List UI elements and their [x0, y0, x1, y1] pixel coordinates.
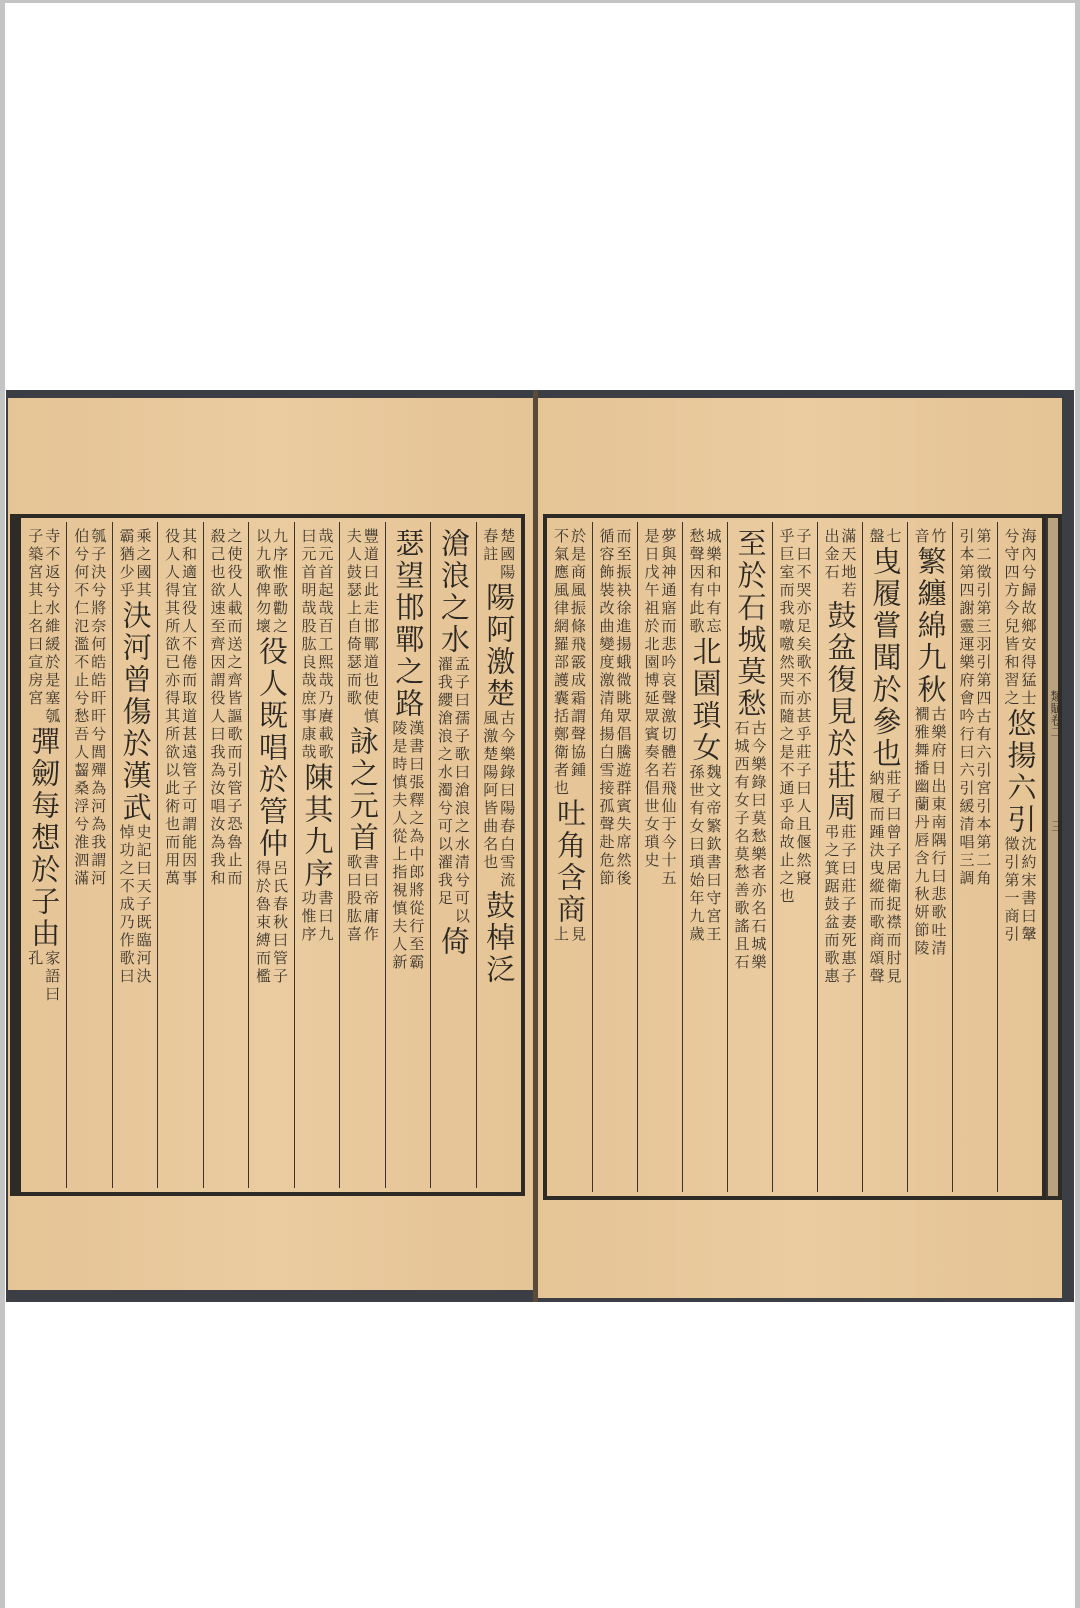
annotation-double-line: 哉元首起哉百工熙哉乃賡載歌曰元首明哉股肱良哉庶事康哉 — [300, 528, 333, 762]
book-gutter — [533, 390, 538, 1302]
main-text: 鼓盆復見於莊周 — [826, 600, 855, 824]
annotation-line: 石城西有女子名莫愁善歌謠且石 — [734, 720, 750, 972]
annotation-double-line: 史記曰天子既臨河決悼功之不成乃作歌曰 — [119, 824, 152, 986]
text-column: 寺不返兮水維緩於是塞瓠子築宮其上名曰宣房宮彈劒每想於子由家語曰孔 — [21, 522, 66, 1188]
annotation-line: 家語曰 — [44, 950, 60, 1004]
annotation-double-line: 古樂府日出東南隅行曰悲歌吐清襉雅舞播幽蘭丹唇含九秋妍節陵 — [914, 706, 947, 958]
annotation-line: 寺不返兮水維緩於是塞瓠 — [44, 528, 60, 726]
annotation-double-line: 豐道曰此走邯鄲道也使慎夫人鼓瑟上自倚瑟而歌 — [346, 528, 379, 726]
annotation-line: 九序惟歌勸之 — [272, 528, 288, 636]
annotation-line: 引本第四謝靈運樂府會 — [959, 528, 975, 708]
text-column: 第二徵引第三羽引第四引本第四謝靈運樂府會古有六引宮引本第二角吟行曰六引緩清唱三調 — [952, 522, 997, 1192]
annotation-line: 出金石 — [824, 528, 840, 600]
annotation-line: 古今樂錄曰陽春白雪流 — [499, 710, 515, 890]
annotation-line: 子築宮其上名曰宣房宮 — [27, 528, 43, 726]
text-column: 哉元首起哉百工熙哉乃賡載歌曰元首明哉股肱良哉庶事康哉陳其九序書曰九功惟序 — [294, 522, 339, 1188]
annotation-double-line: 古今樂錄曰莫愁樂者亦名石城樂石城西有女子名莫愁善歌謠且石 — [734, 720, 767, 972]
left-page-text-frame: 楚國陽春註陽阿激楚古今樂錄曰陽春白雪流風激楚陽阿皆曲名也鼓棹泛滄浪之水孟子曰孺子… — [17, 514, 525, 1196]
annotation-line: 滿天地若 — [841, 528, 857, 600]
text-column: 滄浪之水孟子曰孺子歌曰滄浪之水清兮可以濯我纓滄浪之水濁兮可以濯我足倚 — [430, 522, 475, 1188]
text-column: 豐道曰此走邯鄲道也使慎夫人鼓瑟上自倚瑟而歌詠之元首書曰帝庸作歌曰股肱喜 — [339, 522, 384, 1188]
annotation-line: 乘之國其 — [136, 528, 152, 600]
main-text: 鼓棹泛 — [484, 890, 513, 986]
annotation-line: 兮守四方今兒皆和習之 — [1004, 528, 1020, 708]
annotation-line: 伯兮何不仁氾濫不止兮愁吾人齧桑浮兮淮泗滿 — [73, 528, 89, 888]
annotation-double-line: 滿天地若出金石 — [824, 528, 857, 600]
text-column: 子曰不哭亦足矣歌不亦甚乎莊子曰人且偃然寢乎巨室而我噭噭然哭而隨之是不通乎命故止之… — [772, 522, 817, 1192]
annotation-double-line: 瓠子決兮將奈何皓皓旰旰兮閭殫為河為我謂河伯兮何不仁氾濫不止兮愁吾人齧桑浮兮淮泗滿 — [73, 528, 106, 888]
annotation-double-line: 沈約宋書曰鞶徵引第一商引 — [1004, 836, 1037, 944]
annotation-double-line: 之使役人載而送之齊皆謳歌而引管子恐魯止而殺己也欲速至齊因謂役人曰我為汝唱汝為我和 — [210, 528, 243, 888]
left-page-columns: 楚國陽春註陽阿激楚古今樂錄曰陽春白雪流風激楚陽阿皆曲名也鼓棹泛滄浪之水孟子曰孺子… — [21, 522, 521, 1188]
annotation-line: 濯我纓滄浪之水濁兮可以濯我足 — [437, 656, 453, 926]
annotation-line: 城樂和中有忘 — [706, 528, 722, 636]
annotation-line: 春註 — [482, 528, 498, 582]
viewer-left-edge — [0, 0, 5, 1608]
text-column: 竹音繁纏綿九秋古樂府日出東南隅行曰悲歌吐清襉雅舞播幽蘭丹唇含九秋妍節陵 — [907, 522, 952, 1192]
annotation-double-line: 其和適宜役人不倦而取道甚遠管子可謂能因事役人人得其所欲已亦得其所欲以此術也而用萬 — [164, 528, 197, 888]
annotation-double-line: 楚國陽春註 — [482, 528, 515, 582]
annotation-line: 見 — [570, 926, 586, 944]
annotation-line: 襉雅舞播幽蘭丹唇含九秋妍節陵 — [914, 706, 930, 958]
annotation-line: 上 — [553, 926, 569, 944]
annotation-double-line: 於是商風振條飛霰成霜謂聲協鍾不氣應風律網羅部護囊括鄭衛者也 — [553, 528, 586, 798]
annotation-line: 竹 — [931, 528, 947, 546]
main-text: 瑟望邯鄲之路 — [393, 528, 422, 720]
annotation-line: 古今樂錄曰莫愁樂者亦名石城樂 — [751, 720, 767, 972]
annotation-double-line: 見上 — [553, 926, 586, 944]
annotation-line: 不氣應風律網羅部護囊括鄭衛者也 — [553, 528, 569, 798]
annotation-line: 功惟序 — [300, 890, 316, 944]
text-column: 而至振袂徐進揚蛾微眺眾倡騰遊群賓失席然後循容飾裝改曲變度激清角揚白雪接孤聲赴危節 — [592, 522, 637, 1192]
annotation-double-line: 寺不返兮水維緩於是塞瓠子築宮其上名曰宣房宮 — [27, 528, 60, 726]
annotation-line: 歌曰股肱喜 — [346, 854, 362, 944]
annotation-line: 哉元首起哉百工熙哉乃賡載歌 — [317, 528, 333, 762]
main-text: 滄浪之水 — [439, 528, 468, 656]
annotation-line: 子曰不哭亦足矣歌不亦甚乎莊子曰人且偃然寢 — [796, 528, 812, 906]
annotation-line: 霸猶少乎 — [119, 528, 135, 600]
annotation-line: 乎巨室而我噭噭然哭而隨之是不通乎命故止之也 — [779, 528, 795, 906]
annotation-line: 循容飾裝改曲變度激清角揚白雪接孤聲赴危節 — [599, 528, 615, 888]
annotation-line: 第二徵引第三羽引第四 — [976, 528, 992, 708]
annotation-double-line: 古有六引宮引本第二角吟行曰六引緩清唱三調 — [959, 708, 992, 888]
annotation-line: 以九歌俾勿壞 — [255, 528, 271, 636]
annotation-double-line: 莊子曰曾子居衛捉襟而肘見納履而踵決曳縱而歌商頌聲 — [869, 770, 902, 986]
annotation-line: 吟行曰六引緩清唱三調 — [959, 708, 975, 888]
annotation-double-line: 九序惟歌勸之以九歌俾勿壞 — [255, 528, 288, 636]
annotation-double-line: 海內兮歸故鄉安得猛士兮守四方今兒皆和習之 — [1004, 528, 1037, 708]
annotation-line: 漢書曰張釋之為中郎將從行至霸 — [408, 720, 424, 972]
text-column: 瑟望邯鄲之路漢書曰張釋之為中郎將從行至霸陵是時慎夫人從上指視慎夫人新 — [385, 522, 430, 1188]
annotation-line: 徵引第一商引 — [1004, 836, 1020, 944]
main-text: 繁纏綿九秋 — [916, 546, 945, 706]
text-column: 至於石城莫愁古今樂錄曰莫愁樂者亦名石城樂石城西有女子名莫愁善歌謠且石 — [727, 522, 772, 1192]
annotation-line: 古樂府日出東南隅行曰悲歌吐清 — [931, 706, 947, 958]
right-page-columns: 海內兮歸故鄉安得猛士兮守四方今兒皆和習之悠揚六引沈約宋書曰鞶徵引第一商引第二徵引… — [547, 522, 1042, 1192]
annotation-line: 孔 — [27, 950, 43, 1004]
annotation-line: 其和適宜役人不倦而取道甚遠管子可謂能因事 — [181, 528, 197, 888]
annotation-double-line: 魏文帝繁欽書曰守宮王孫世有女曰瑣始年九歲 — [689, 764, 722, 944]
main-text: 役人既唱於管仲 — [257, 636, 286, 860]
text-column: 海內兮歸故鄉安得猛士兮守四方今兒皆和習之悠揚六引沈約宋書曰鞶徵引第一商引 — [997, 522, 1042, 1192]
text-column: 其和適宜役人不倦而取道甚遠管子可謂能因事役人人得其所欲已亦得其所欲以此術也而用萬 — [157, 522, 202, 1188]
annotation-double-line: 第二徵引第三羽引第四引本第四謝靈運樂府會 — [959, 528, 992, 708]
text-column: 之使役人載而送之齊皆謳歌而引管子恐魯止而殺己也欲速至齊因謂役人曰我為汝唱汝為我和 — [203, 522, 248, 1188]
annotation-line: 海內兮歸故鄉安得猛士 — [1021, 528, 1037, 708]
annotation-double-line: 書曰九功惟序 — [300, 890, 333, 944]
annotation-double-line: 漢書曰張釋之為中郎將從行至霸陵是時慎夫人從上指視慎夫人新 — [391, 720, 424, 972]
annotation-double-line: 呂氏春秋曰管子得於魯束縛而檻 — [255, 860, 288, 986]
annotation-double-line: 古今樂錄曰陽春白雪流風激楚陽阿皆曲名也 — [482, 710, 515, 890]
annotation-double-line: 莊子曰莊子妻死惠子弔之箕踞鼓盆而歌惠 — [824, 824, 857, 986]
annotation-line: 孟子曰孺子歌曰滄浪之水清兮可以 — [454, 656, 470, 926]
main-text: 陽阿激楚 — [484, 582, 513, 710]
annotation-line: 役人人得其所欲已亦得其所欲以此術也而用萬 — [164, 528, 180, 888]
annotation-double-line: 孟子曰孺子歌曰滄浪之水清兮可以濯我纓滄浪之水濁兮可以濯我足 — [437, 656, 470, 926]
annotation-double-line: 乘之國其霸猶少乎 — [119, 528, 152, 600]
annotation-line: 盤 — [869, 528, 885, 546]
viewer-right-edge — [1075, 0, 1080, 1608]
right-page-text-frame: 海內兮歸故鄉安得猛士兮守四方今兒皆和習之悠揚六引沈約宋書曰鞶徵引第一商引第二徵引… — [543, 514, 1046, 1200]
annotation-double-line: 而至振袂徐進揚蛾微眺眾倡騰遊群賓失席然後循容飾裝改曲變度激清角揚白雪接孤聲赴危節 — [599, 528, 632, 888]
text-column: 楚國陽春註陽阿激楚古今樂錄曰陽春白雪流風激楚陽阿皆曲名也鼓棹泛 — [476, 522, 521, 1188]
annotation-line: 愁聲因有此歌 — [689, 528, 705, 636]
annotation-line: 書曰九 — [317, 890, 333, 944]
main-text: 倚 — [439, 926, 468, 958]
annotation-double-line: 書曰帝庸作歌曰股肱喜 — [346, 854, 379, 944]
annotation-line: 呂氏春秋曰管子 — [272, 860, 288, 986]
annotation-double-line: 七盤 — [869, 528, 902, 546]
annotation-double-line: 城樂和中有忘愁聲因有此歌 — [689, 528, 722, 636]
text-column: 滿天地若出金石鼓盆復見於莊周莊子曰莊子妻死惠子弔之箕踞鼓盆而歌惠 — [817, 522, 862, 1192]
annotation-line: 曰元首明哉股肱良哉庶事康哉 — [300, 528, 316, 762]
right-running-title: 類賦卷二 — [1048, 690, 1065, 738]
annotation-line: 魏文帝繁欽書曰守宮王 — [706, 764, 722, 944]
annotation-line: 於是商風振條飛霰成霜謂聲協鍾 — [570, 528, 586, 798]
text-column: 夢與神通寤而悲吟哀聲激切體若飛仙于今十五是日戊午祖於北園博延眾賓奏名倡世女瑣史 — [637, 522, 682, 1192]
text-column: 乘之國其霸猶少乎決河曾傷於漢武史記曰天子既臨河決悼功之不成乃作歌曰 — [112, 522, 157, 1188]
annotation-double-line: 子曰不哭亦足矣歌不亦甚乎莊子曰人且偃然寢乎巨室而我噭噭然哭而隨之是不通乎命故止之… — [779, 528, 812, 906]
annotation-line: 陵是時慎夫人從上指視慎夫人新 — [391, 720, 407, 972]
annotation-line: 書曰帝庸作 — [363, 854, 379, 944]
annotation-line: 音 — [914, 528, 930, 546]
annotation-line: 史記曰天子既臨河決 — [136, 824, 152, 986]
main-text: 悠揚六引 — [1006, 708, 1035, 836]
annotation-line: 是日戊午祖於北園博延眾賓奏名倡世女瑣史 — [644, 528, 660, 888]
main-text: 吐角含商 — [555, 798, 584, 926]
annotation-line: 悼功之不成乃作歌曰 — [119, 824, 135, 986]
main-text: 詠之元首 — [348, 726, 377, 854]
annotation-line: 之使役人載而送之齊皆謳歌而引管子恐魯止而 — [227, 528, 243, 888]
main-text: 決河曾傷於漢武 — [121, 600, 150, 824]
text-column: 瓠子決兮將奈何皓皓旰旰兮閭殫為河為我謂河伯兮何不仁氾濫不止兮愁吾人齧桑浮兮淮泗滿 — [66, 522, 111, 1188]
annotation-line: 納履而踵決曳縱而歌商頌聲 — [869, 770, 885, 986]
text-column: 於是商風振條飛霰成霜謂聲協鍾不氣應風律網羅部護囊括鄭衛者也吐角含商見上 — [547, 522, 592, 1192]
main-text: 北園瑣女 — [691, 636, 720, 764]
annotation-line: 莊子曰莊子妻死惠子 — [841, 824, 857, 986]
right-folio-number: 三 — [1049, 820, 1066, 832]
text-column: 九序惟歌勸之以九歌俾勿壞役人既唱於管仲呂氏春秋曰管子得於魯束縛而檻 — [248, 522, 293, 1188]
annotation-double-line: 夢與神通寤而悲吟哀聲激切體若飛仙于今十五是日戊午祖於北園博延眾賓奏名倡世女瑣史 — [644, 528, 677, 888]
annotation-double-line: 竹音 — [914, 528, 947, 546]
annotation-line: 七 — [886, 528, 902, 546]
annotation-line: 瓠子決兮將奈何皓皓旰旰兮閭殫為河為我謂河 — [90, 528, 106, 888]
right-page-fold-margin — [1046, 514, 1062, 1200]
annotation-line: 夢與神通寤而悲吟哀聲激切體若飛仙于今十五 — [661, 528, 677, 888]
text-column: 城樂和中有忘愁聲因有此歌北園瑣女魏文帝繁欽書曰守宮王孫世有女曰瑣始年九歲 — [682, 522, 727, 1192]
annotation-line: 風激楚陽阿皆曲名也 — [482, 710, 498, 890]
annotation-line: 夫人鼓瑟上自倚瑟而歌 — [346, 528, 362, 726]
annotation-line: 而至振袂徐進揚蛾微眺眾倡騰遊群賓失席然後 — [616, 528, 632, 888]
annotation-line: 孫世有女曰瑣始年九歲 — [689, 764, 705, 944]
annotation-line: 弔之箕踞鼓盆而歌惠 — [824, 824, 840, 986]
main-text: 至於石城莫愁 — [736, 528, 765, 720]
annotation-line: 殺己也欲速至齊因謂役人曰我為汝唱汝為我和 — [210, 528, 226, 888]
main-text: 陳其九序 — [302, 762, 331, 890]
main-text: 曳履嘗聞於參也 — [871, 546, 900, 770]
annotation-double-line: 家語曰孔 — [27, 950, 60, 1004]
annotation-line: 楚國陽 — [499, 528, 515, 582]
text-column: 七盤曳履嘗聞於參也莊子曰曾子居衛捉襟而肘見納履而踵決曳縱而歌商頌聲 — [862, 522, 907, 1192]
annotation-line: 豐道曰此走邯鄲道也使慎 — [363, 528, 379, 726]
annotation-line: 莊子曰曾子居衛捉襟而肘見 — [886, 770, 902, 986]
annotation-line: 沈約宋書曰鞶 — [1021, 836, 1037, 944]
main-text: 彈劒每想於子由 — [29, 726, 58, 950]
annotation-line: 古有六引宮引本第二角 — [976, 708, 992, 888]
viewer-top-edge — [0, 0, 1080, 3]
annotation-line: 得於魯束縛而檻 — [255, 860, 271, 986]
